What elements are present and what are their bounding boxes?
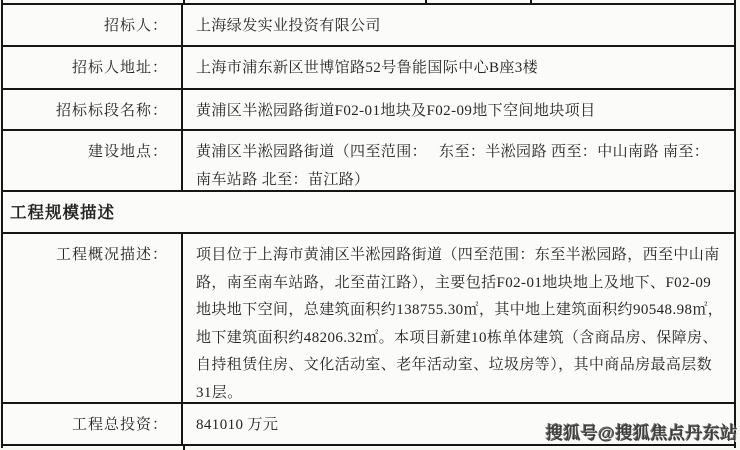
table-row-bidder-address: 招标人地址： 上海市浦东新区世博馆路52号鲁能国际中心B座3楼 [3,45,734,88]
section-header-project-scale: 工程规模描述 [3,190,734,232]
row-label: 招标人地址： [3,47,183,88]
cropped-row-below [3,444,734,448]
row-label: 建设地点： [3,131,183,190]
row-value: 黄浦区半淞园路街道F02-01地块及F02-09地下空间地块项目 [183,90,734,129]
document-page: 招标人： 上海绿发实业投资有限公司 招标人地址： 上海市浦东新区世博馆路52号鲁… [0,0,740,448]
row-label: 工程概况描述： [3,234,183,402]
row-value: 项目位于上海市黄浦区半淞园路街道（四至范围：东至半淞园路，西至中山南路，南至南车… [183,234,734,402]
table-grid-line [183,0,185,4]
row-value: 上海市浦东新区世博馆路52号鲁能国际中心B座3楼 [183,47,734,88]
row-value: 上海绿发实业投资有限公司 [183,5,734,45]
table-row-tender-section-name: 招标标段名称： 黄浦区半淞园路街道F02-01地块及F02-09地下空间地块项目 [3,88,734,129]
table-grid-line [530,0,532,4]
row-label: 工程总投资： [3,404,183,444]
cropped-row-above [3,0,734,3]
row-label: 招标标段名称： [3,90,183,129]
table-grid-line [425,0,427,4]
sohu-watermark: 搜狐号@搜狐焦点丹东站 [546,419,738,444]
table-row-project-overview: 工程概况描述： 项目位于上海市黄浦区半淞园路街道（四至范围：东至半淞园路，西至中… [3,232,734,402]
table-row-construction-site: 建设地点： 黄浦区半淞园路街道（四至范围： 东至：半淞园路 西至：中山南路 南至… [3,129,734,190]
row-value: 黄浦区半淞园路街道（四至范围： 东至：半淞园路 西至：中山南路 南至：南车站路 … [183,131,734,190]
table-row-bidder: 招标人： 上海绿发实业投资有限公司 [3,3,734,45]
tender-info-table: 招标人： 上海绿发实业投资有限公司 招标人地址： 上海市浦东新区世博馆路52号鲁… [1,0,736,448]
row-label: 招标人： [3,5,183,45]
